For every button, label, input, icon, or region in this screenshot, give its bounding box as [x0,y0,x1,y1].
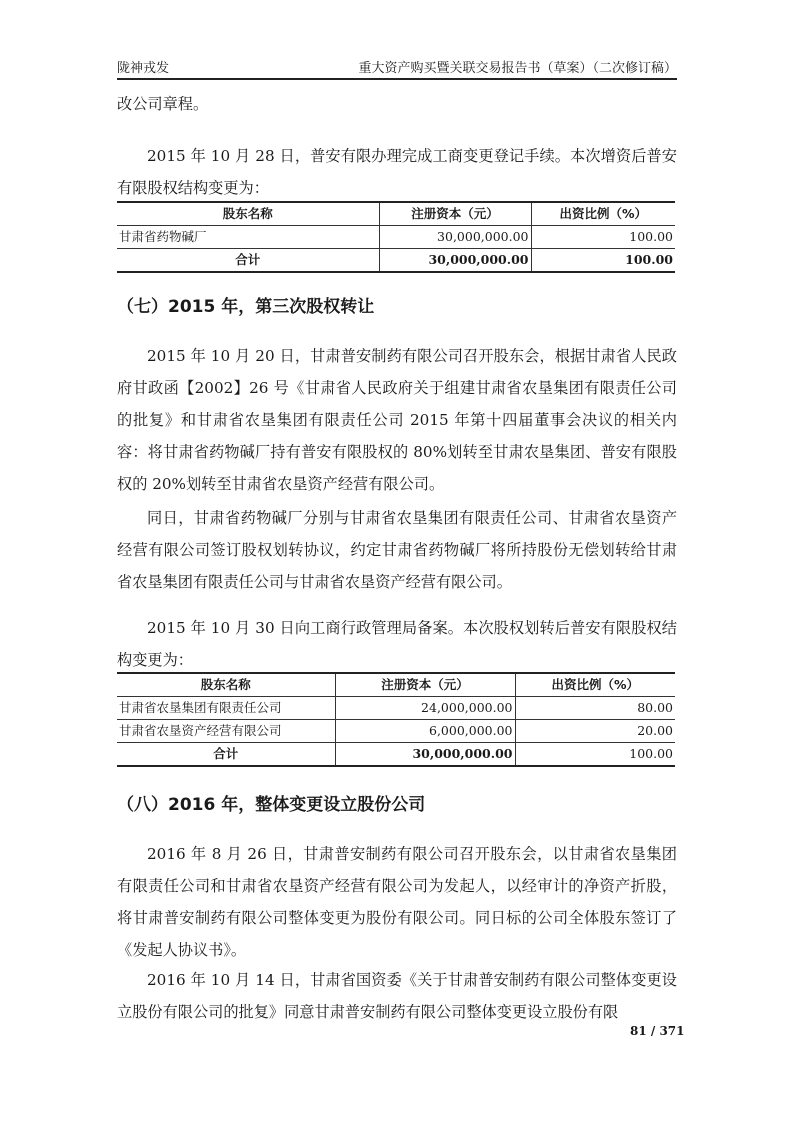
table-row: 甘肃省农垦资产经营有限公司 6,000,000.00 20.00 [117,720,675,743]
page-header: 陇神戎发 重大资产购买暨关联交易报告书（草案）（二次修订稿） [117,52,677,80]
cell-capital: 30,000,000.00 [379,226,531,249]
paragraph-5: 2016 年 8 月 26 日，甘肃普安制药有限公司召开股东会，以甘肃省农垦集团… [117,838,677,966]
shareholding-table-1: 股东名称 注册资本（元） 出资比例（%） 甘肃省药物碱厂 30,000,000.… [117,201,675,273]
cell-ratio: 80.00 [515,697,675,720]
table-header-row: 股东名称 注册资本（元） 出资比例（%） [117,202,675,226]
cell-total-ratio: 100.00 [531,249,675,273]
table-row: 甘肃省药物碱厂 30,000,000.00 100.00 [117,226,675,249]
table-total-row: 合计 30,000,000.00 100.00 [117,743,675,767]
cell-shareholder: 甘肃省药物碱厂 [117,226,379,249]
cell-total-label: 合计 [117,743,335,767]
header-company: 陇神戎发 [117,57,169,76]
table-total-row: 合计 30,000,000.00 100.00 [117,249,675,273]
header-doc-title: 重大资产购买暨关联交易报告书（草案）（二次修订稿） [358,57,677,76]
paragraph-1: 2015 年 10 月 28 日，普安有限办理完成工商变更登记手续。本次增资后普… [117,140,677,204]
cell-capital: 6,000,000.00 [335,720,515,743]
cell-ratio: 100.00 [531,226,675,249]
paragraph-4: 2015 年 10 月 30 日向工商行政管理局备案。本次股权划转后普安有限股权… [117,612,677,676]
cell-total-ratio: 100.00 [515,743,675,767]
paragraph-2: 2015 年 10 月 20 日，甘肃普安制药有限公司召开股东会，根据甘肃省人民… [117,340,677,500]
col-header-capital: 注册资本（元） [379,202,531,226]
section-heading-7: （七）2015 年，第三次股权转让 [117,292,374,317]
paragraph-0: 改公司章程。 [117,88,677,120]
section-heading-8: （八）2016 年，整体变更设立股份公司 [117,790,425,815]
cell-total-capital: 30,000,000.00 [379,249,531,273]
cell-shareholder: 甘肃省农垦集团有限责任公司 [117,697,335,720]
cell-total-label: 合计 [117,249,379,273]
table-header-row: 股东名称 注册资本（元） 出资比例（%） [117,673,675,697]
col-header-capital: 注册资本（元） [335,673,515,697]
shareholding-table-2: 股东名称 注册资本（元） 出资比例（%） 甘肃省农垦集团有限责任公司 24,00… [117,672,675,767]
cell-capital: 24,000,000.00 [335,697,515,720]
cell-ratio: 20.00 [515,720,675,743]
paragraph-3: 同日，甘肃省药物碱厂分别与甘肃省农垦集团有限责任公司、甘肃省农垦资产经营有限公司… [117,502,677,598]
cell-shareholder: 甘肃省农垦资产经营有限公司 [117,720,335,743]
paragraph-6: 2016 年 10 月 14 日，甘肃省国资委《关于甘肃普安制药有限公司整体变更… [117,964,677,1028]
col-header-shareholder: 股东名称 [117,202,379,226]
col-header-ratio: 出资比例（%） [515,673,675,697]
col-header-ratio: 出资比例（%） [531,202,675,226]
cell-total-capital: 30,000,000.00 [335,743,515,767]
page-number: 81 / 371 [630,1024,685,1038]
col-header-shareholder: 股东名称 [117,673,335,697]
table-row: 甘肃省农垦集团有限责任公司 24,000,000.00 80.00 [117,697,675,720]
